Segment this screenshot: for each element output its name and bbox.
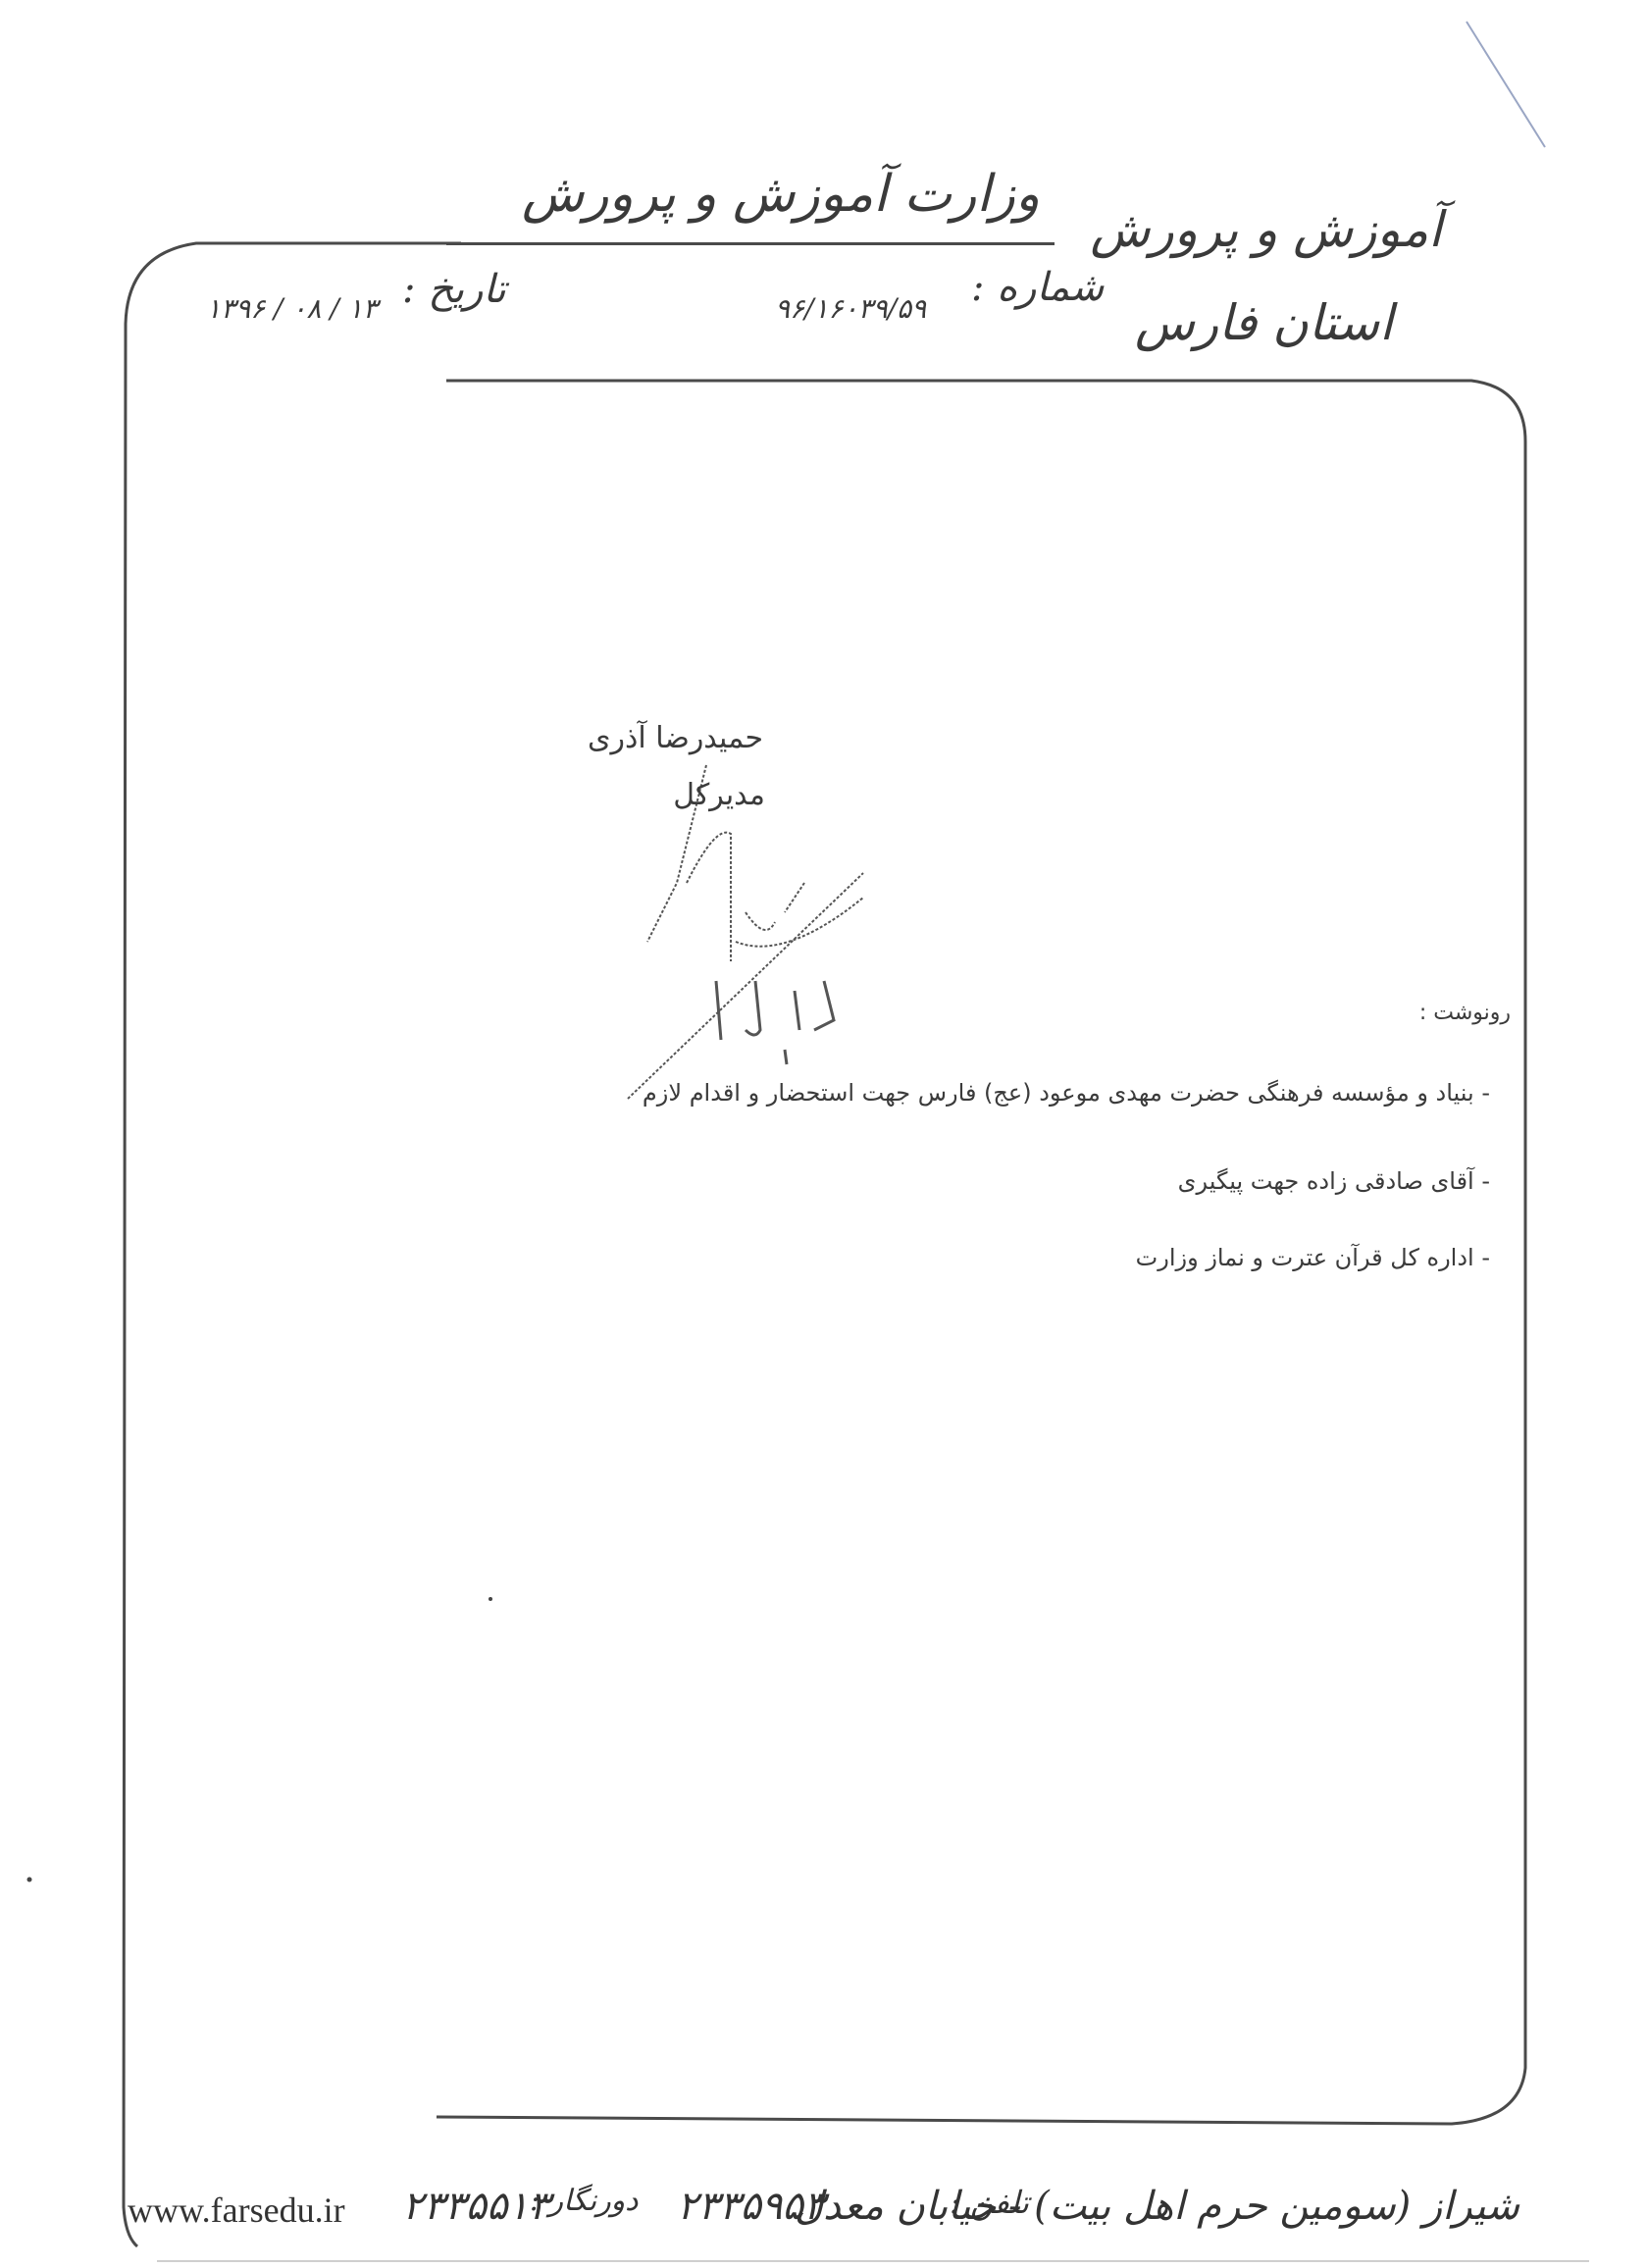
ministry-title: وزارت آموزش و پرورش [628, 165, 1040, 224]
signer-title: مدیرکل [667, 778, 765, 812]
letter-date-value: ۱۳۹۶ / ۰۸ / ۱۳ [206, 292, 378, 325]
cc-label: رونوشت : [1393, 1001, 1511, 1025]
letter-number-value: ۹۶/۱۶۰۳۹/۵۹ [775, 292, 926, 325]
footer-fax: ۲۳۳۵۵۱۳ [402, 2184, 549, 2229]
signer-name: حمیدرضا آذری [577, 721, 763, 755]
ministry-title-underline [446, 242, 1055, 245]
footer-phone-label: تلفن : [950, 2184, 1029, 2221]
footer-website-link[interactable]: www.farsedu.ir [128, 2190, 345, 2231]
cc-recipient: - آقای صادقی زاده جهت پیگیری [1178, 1167, 1490, 1195]
cc-recipient: - بنیاد و مؤسسه فرهنگی حضرت مهدی موعود (… [643, 1079, 1490, 1107]
organization-province: استان فارس [1158, 294, 1393, 351]
letter-number-label: شماره : [971, 265, 1104, 310]
footer-address: شیراز (سومین حرم اهل بیت) - خیابان معدل [795, 2184, 1519, 2229]
signature-scribble [628, 765, 863, 1099]
signature-annotation [716, 981, 834, 1064]
letter-date-label: تاریخ : [402, 267, 506, 312]
footer-phone: ۲۳۳۵۹۵۳ [677, 2184, 824, 2229]
organization-name: آموزش و پرورش [1118, 201, 1442, 258]
letterhead-frame [0, 0, 1647, 2268]
cc-recipient: - اداره کل قرآن عترت و نماز وزارت [1136, 1244, 1490, 1271]
